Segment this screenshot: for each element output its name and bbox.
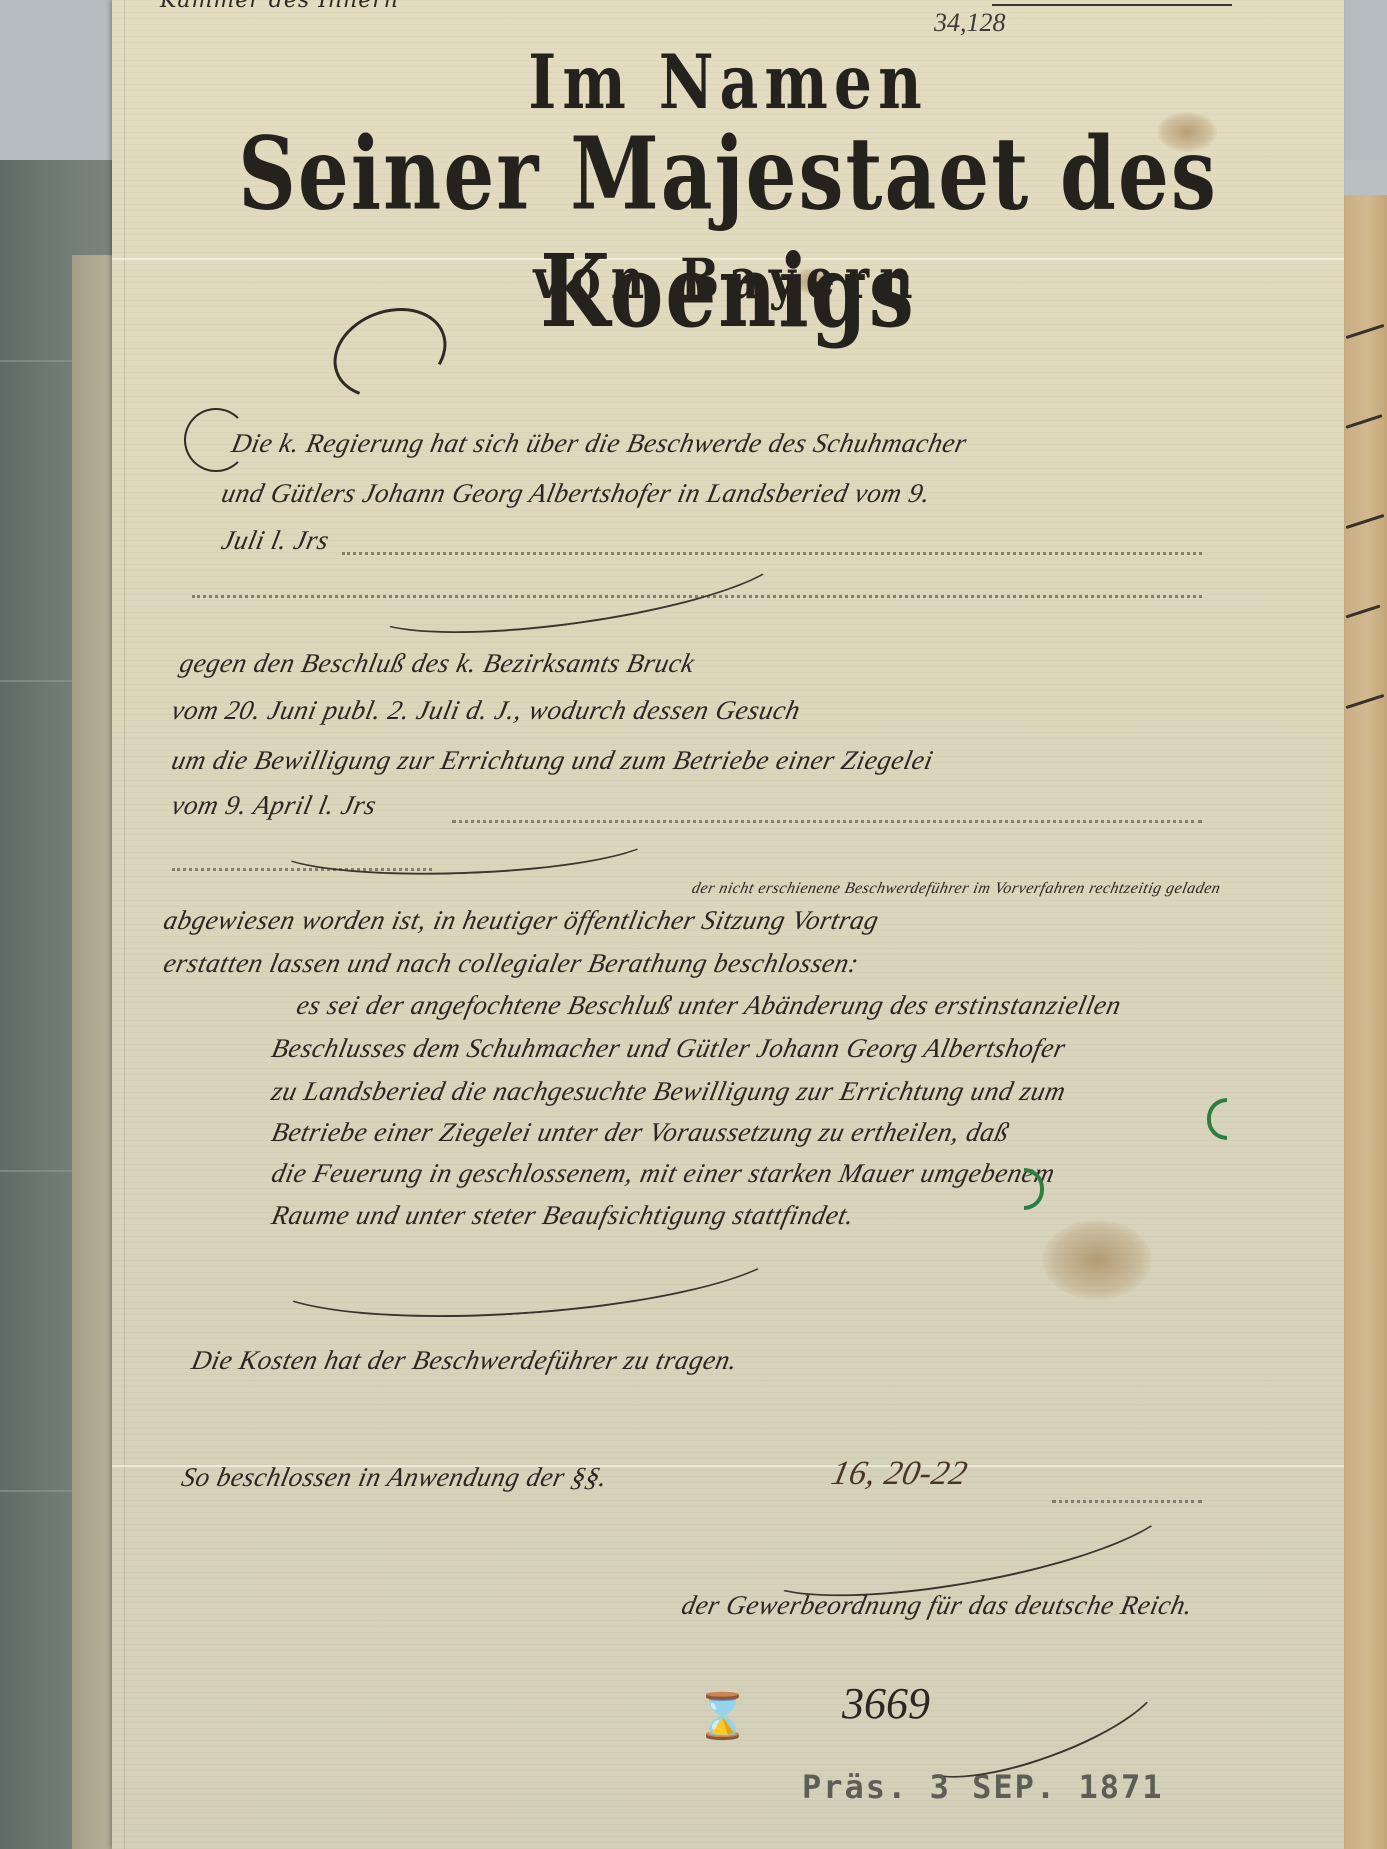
- document-page: Kammer des Innern 34,128 Im Namen Seiner…: [112, 0, 1344, 1849]
- para2-line3: um die Bewilligung zur Errichtung und zu…: [169, 745, 936, 776]
- closing-line: der Gewerbeordnung für das deutsche Reic…: [679, 1590, 1196, 1621]
- para3-line5: zu Landsberied die nachgesuchte Bewillig…: [269, 1076, 1069, 1107]
- file-number: 3669: [842, 1678, 930, 1729]
- para3-line4: Beschlusses dem Schuhmacher und Gütler J…: [269, 1033, 1069, 1064]
- para3-line7: die Feuerung in geschlossenem, mit einer…: [269, 1158, 1058, 1189]
- reference-number: 34,128: [934, 8, 1006, 38]
- hourglass-mark-icon: ⌛: [695, 1690, 750, 1742]
- para3-line2: erstatten lassen und nach collegialer Be…: [161, 948, 862, 979]
- title-line-2: Seiner Majestaet des Koenigs: [112, 115, 1344, 350]
- water-stain: [1042, 1220, 1152, 1300]
- para2-line2: vom 20. Juni publ. 2. Juli d. J., wodurc…: [169, 695, 803, 726]
- office-heading: Kammer des Innern: [160, 0, 399, 13]
- para1-line2: und Gütlers Johann Georg Albertshofer in…: [219, 478, 934, 509]
- para2-line4: vom 9. April l. Jrs: [169, 790, 380, 821]
- resolution-sentence: So beschlossen in Anwendung der §§.: [179, 1462, 611, 1493]
- underlying-handwritten-sheet: [1338, 195, 1387, 1849]
- para3-line3: es sei der angefochtene Beschluß unter A…: [294, 990, 1124, 1021]
- para3-line1: abgewiesen worden ist, in heutiger öffen…: [161, 905, 882, 936]
- line-flourish: [358, 511, 790, 653]
- para1-line1: Die k. Regierung hat sich über die Besch…: [229, 428, 970, 459]
- header-rule: [992, 4, 1232, 6]
- green-pencil-open-bracket: [1207, 1098, 1227, 1140]
- para2-line1: gegen den Beschluß des k. Bezirksamts Br…: [177, 648, 698, 679]
- legal-sections: 16, 20-22: [828, 1455, 971, 1493]
- para1-line3: Juli l. Jrs: [219, 525, 332, 556]
- costs-sentence: Die Kosten hat der Beschwerdeführer zu t…: [189, 1345, 741, 1376]
- title-line-3: von Bayern: [112, 247, 1344, 312]
- para3-line6: Betriebe einer Ziegelei unter der Voraus…: [269, 1117, 1012, 1148]
- received-date-stamp: Präs. 3 SEP. 1871: [802, 1768, 1164, 1806]
- interlinear-insertion: der nicht erschienene Beschwerdeführer i…: [690, 880, 1222, 898]
- fill-dots: [172, 868, 432, 871]
